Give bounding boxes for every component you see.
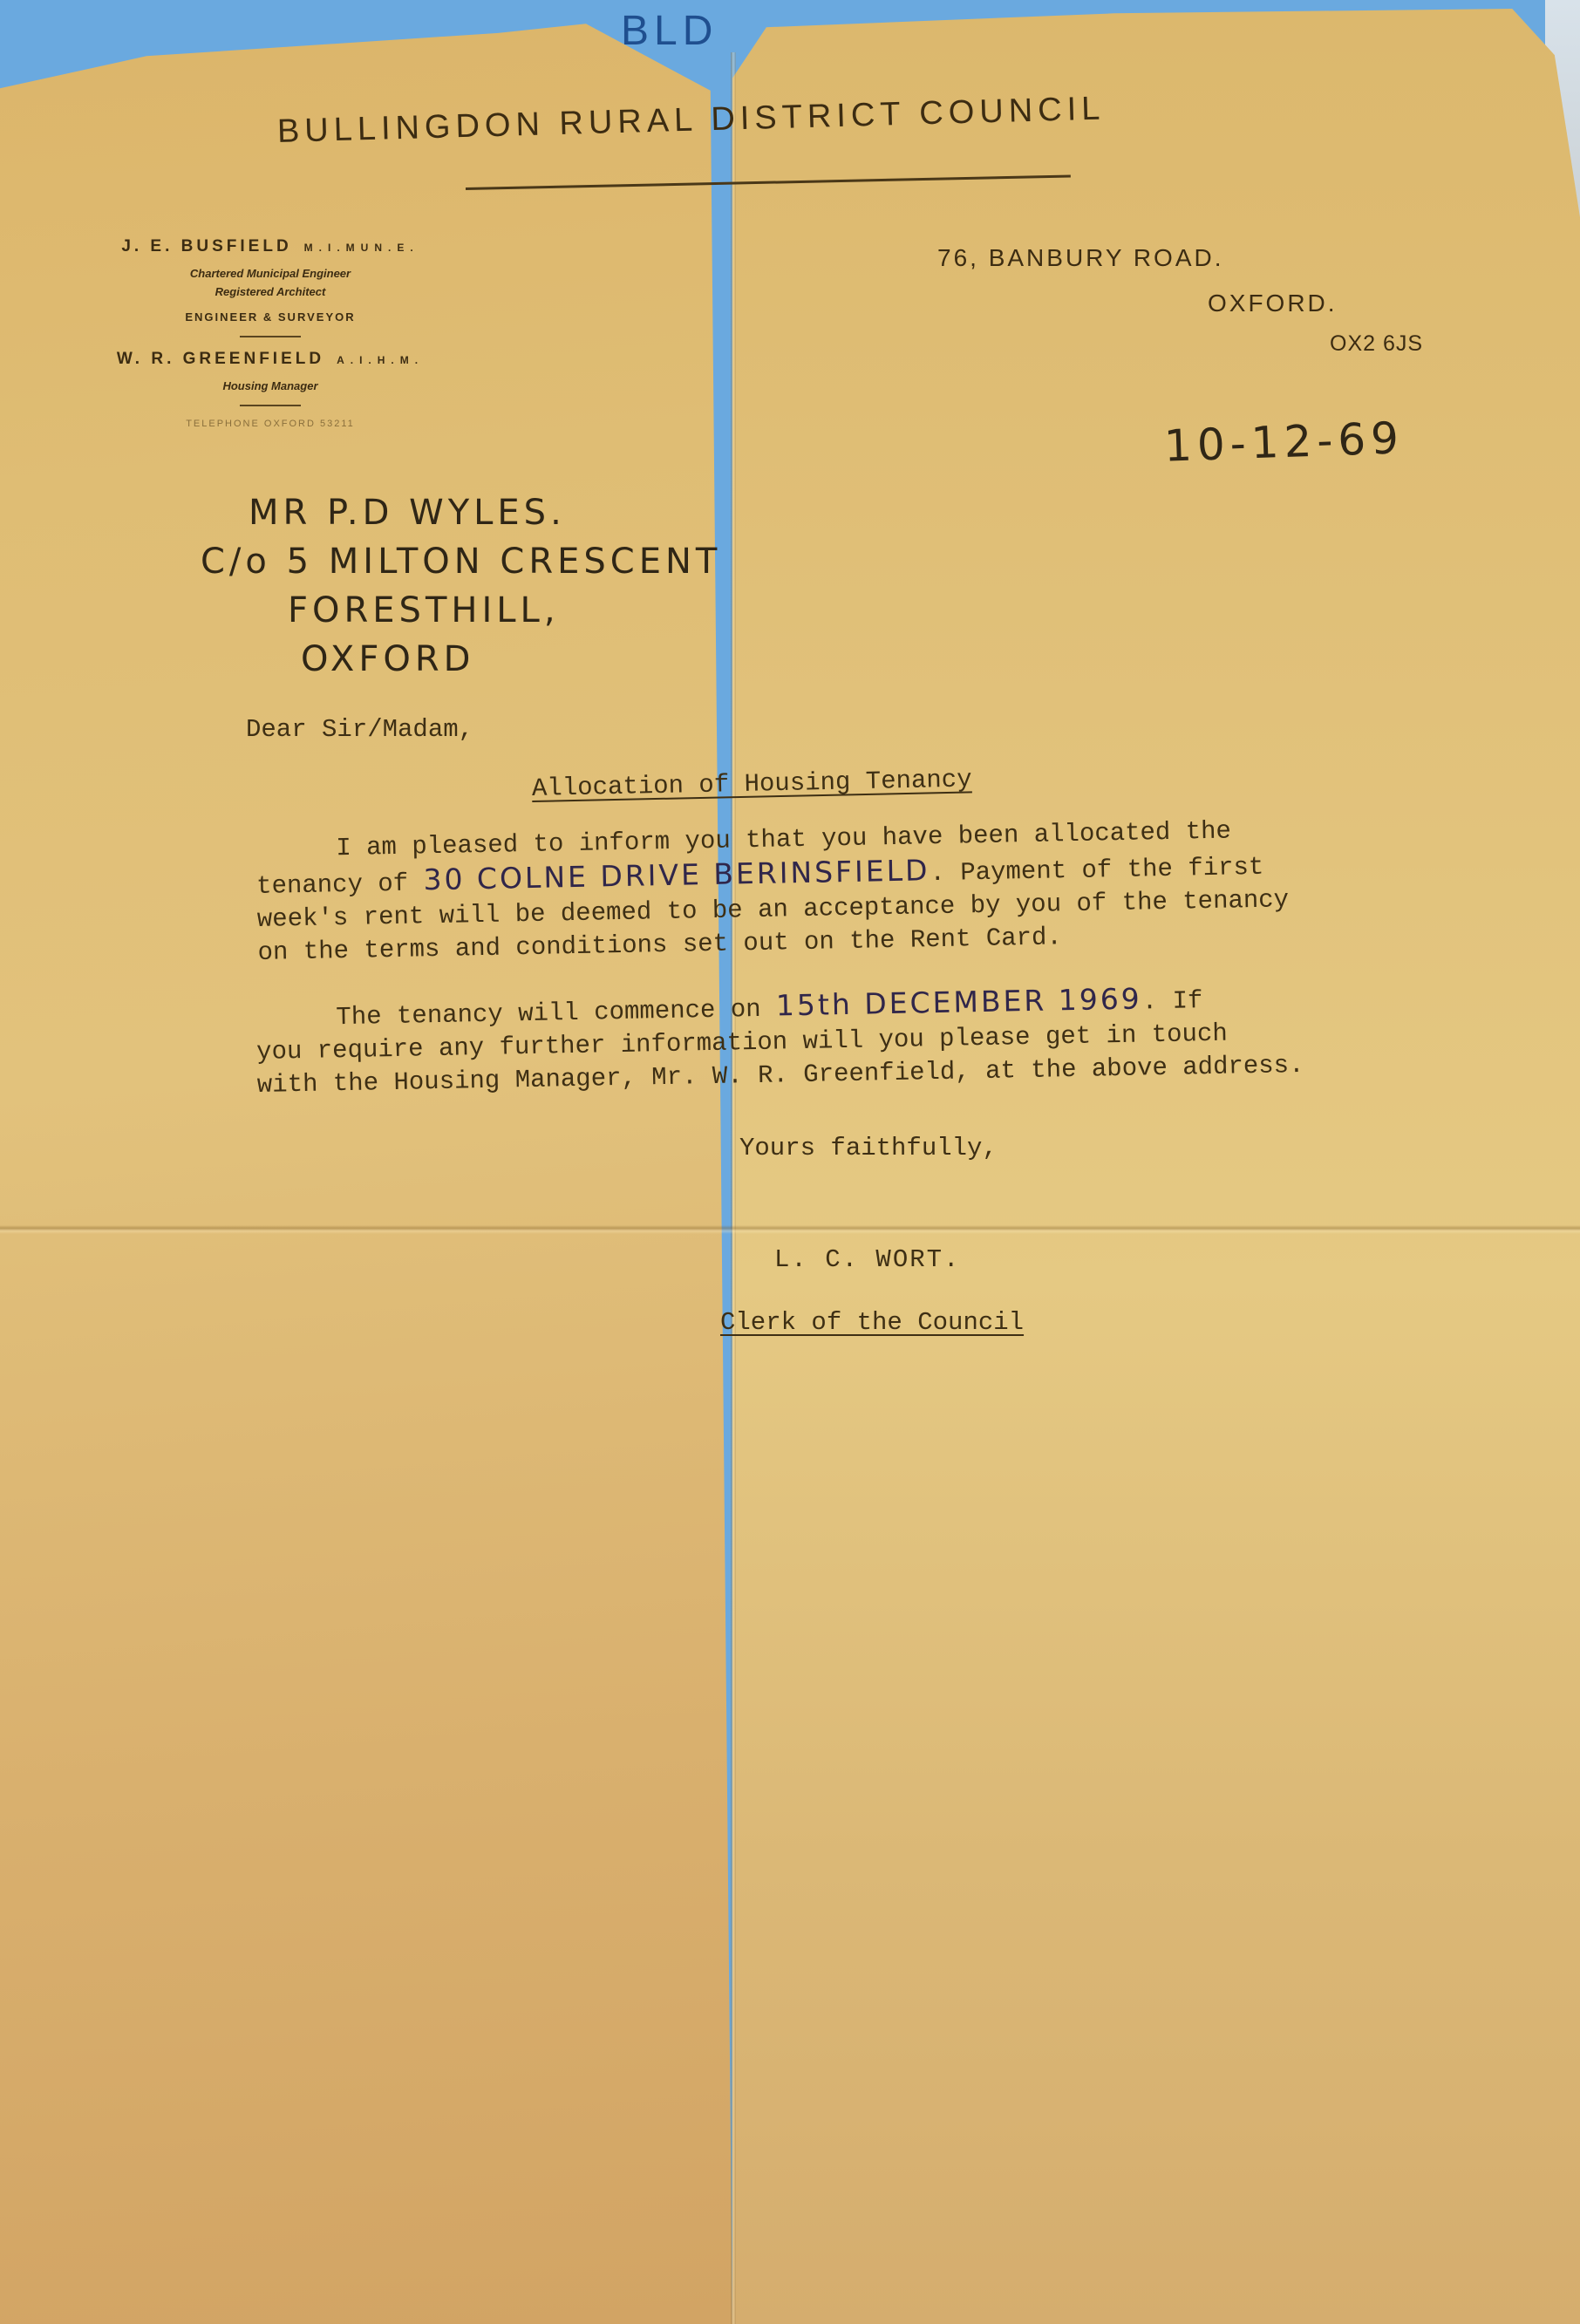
torn-corner-mark: BLD xyxy=(621,7,718,55)
signatory-name: L. C. WORT. xyxy=(774,1245,960,1274)
recipient-address: MR P.D WYLES. C/o 5 MILTON CRESCENT FORE… xyxy=(201,488,721,684)
recipient-line: C/o 5 MILTON CRESCENT xyxy=(201,537,721,586)
address-city: OXFORD. xyxy=(1208,290,1338,317)
recipient-line: FORESTHILL, xyxy=(288,586,721,635)
divider xyxy=(240,405,301,406)
signatory-title: Clerk of the Council xyxy=(720,1308,1024,1337)
officer-description: Housing Manager xyxy=(78,379,462,392)
closing: Yours faithfully, xyxy=(739,1134,998,1162)
typed-text: The tenancy will commence on xyxy=(336,995,776,1033)
typed-text: tenancy of xyxy=(256,869,424,901)
horizontal-fold-crease xyxy=(0,1225,1580,1234)
letter-paper-right-half xyxy=(732,9,1580,2324)
handwritten-start-date: 15th DECEMBER 1969 xyxy=(776,981,1143,1022)
officer-housing-manager: W. R. GREENFIELDA.I.H.M. Housing Manager xyxy=(78,350,462,392)
officer-description: Chartered Municipal Engineer xyxy=(78,267,462,280)
typed-text: . Payment of the first xyxy=(930,853,1263,888)
officer-name: J. E. BUSFIELD xyxy=(121,237,291,256)
paragraph-allocation: I am pleased to inform you that you have… xyxy=(255,811,1418,970)
typed-text: . If xyxy=(1141,986,1202,1016)
officer-qualifications: M.I.MUN.E. xyxy=(304,242,419,254)
officer-engineer: J. E. BUSFIELDM.I.MUN.E. Chartered Munic… xyxy=(78,237,462,324)
address-street: 76, BANBURY ROAD. xyxy=(937,244,1224,272)
officer-description: Registered Architect xyxy=(78,285,462,298)
recipient-line: MR P.D WYLES. xyxy=(249,488,721,537)
recipient-line: OXFORD xyxy=(301,635,721,684)
telephone-number: TELEPHONE OXFORD 53211 xyxy=(78,419,462,429)
divider xyxy=(240,336,301,337)
vertical-fold-crease xyxy=(731,52,736,2324)
address-postcode: OX2 6JS xyxy=(1330,331,1423,357)
officer-role: ENGINEER & SURVEYOR xyxy=(78,310,462,324)
officer-qualifications: A.I.H.M. xyxy=(337,354,424,366)
letterhead-officers: J. E. BUSFIELDM.I.MUN.E. Chartered Munic… xyxy=(78,237,462,429)
officer-name: W. R. GREENFIELD xyxy=(117,350,324,368)
handwritten-date: 10-12-69 xyxy=(1163,412,1405,472)
salutation: Dear Sir/Madam, xyxy=(246,715,473,744)
